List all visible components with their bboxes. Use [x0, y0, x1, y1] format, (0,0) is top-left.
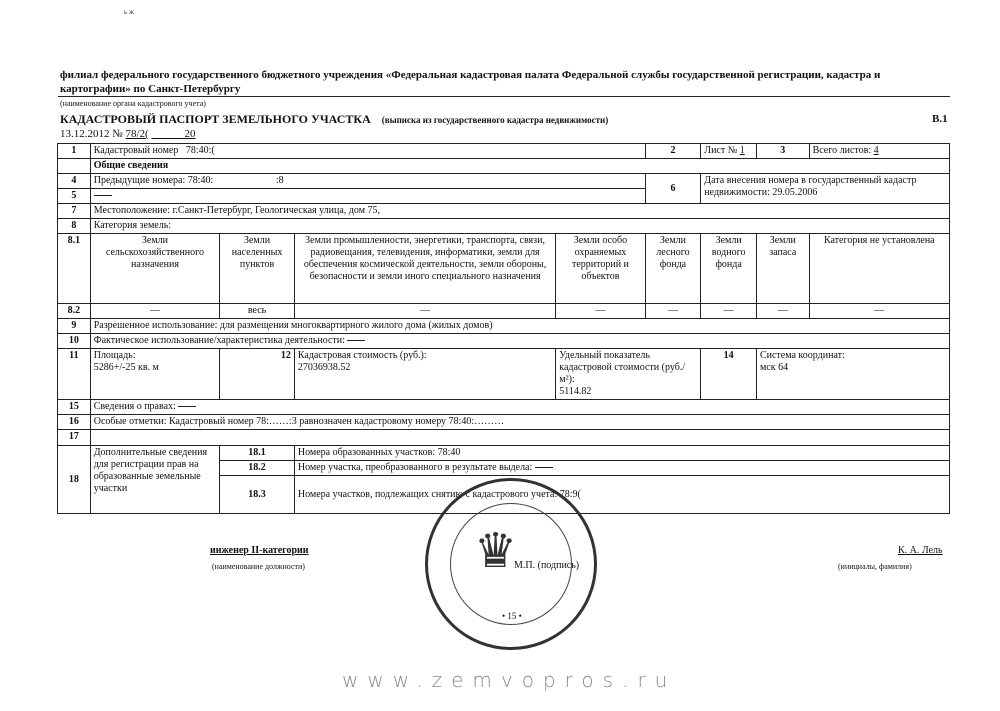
transformed-parcel-label: Номер участка, преобразованного в резуль… [298, 462, 532, 473]
row-num: 15 [58, 400, 91, 415]
specific-value-label: Удельный показатель кадастровой стоимост… [559, 350, 697, 386]
row-num: 1 [58, 144, 91, 159]
row-16: 16 Особые отметки: Кадастровый номер 78:… [58, 415, 950, 430]
rights-info: Сведения о правах: [90, 400, 949, 415]
row-8-1: 8.1 Земли сельскохозяйственного назначен… [58, 234, 950, 304]
category-value: — [701, 304, 757, 319]
row-num: 6 [645, 174, 701, 204]
sheet-cell: Лист № 1 [701, 144, 757, 159]
formed-parcels: Номера образованных участков: 78:40 [294, 446, 949, 461]
total-sheets-value: 4 [874, 145, 879, 156]
cadastral-number-cell: Кадастровый номер 78:40:( [90, 144, 645, 159]
category-header: Земли населенных пунктов [220, 234, 295, 304]
land-category-label: Категория земель: [90, 219, 949, 234]
category-value: — [294, 304, 555, 319]
category-value: — [756, 304, 809, 319]
scan-mark: ь ж [124, 8, 134, 16]
category-header: Земли промышленности, энергетики, трансп… [294, 234, 555, 304]
previous-numbers-label: Предыдущие номера: 78:40: [94, 175, 214, 186]
coordinate-system-value: мск 64 [760, 362, 946, 374]
coordinate-system: Система координат: мск 64 [756, 349, 949, 400]
sheet-value: 1 [740, 145, 745, 156]
row-4: 4 Предыдущие номера: 78:40: :8 6 Дата вн… [58, 174, 950, 189]
row-18-1: 18 Дополнительные сведения для регистрац… [58, 446, 950, 461]
row-1: 1 Кадастровый номер 78:40:( 2 Лист № 1 3… [58, 144, 950, 159]
row-num: 10 [58, 334, 91, 349]
document-date-number: 13.12.2012 № 78/2( ______20 [60, 128, 195, 140]
row-general: Общие сведения [58, 159, 950, 174]
category-value: — [809, 304, 949, 319]
previous-numbers-value: :8 [276, 175, 284, 186]
cadastral-table: 1 Кадастровый номер 78:40:( 2 Лист № 1 3… [57, 143, 950, 514]
row-17-value [90, 430, 949, 446]
area-label: Площадь: [94, 350, 217, 362]
row-11-14: 11 Площадь: 5286+/-25 кв. м 12 Кадастров… [58, 349, 950, 400]
specific-value: Удельный показатель кадастровой стоимост… [556, 349, 701, 400]
row-num: 5 [58, 189, 91, 204]
category-value: — [556, 304, 645, 319]
transformed-parcel: Номер участка, преобразованного в резуль… [294, 461, 949, 476]
permitted-use: Разрешенное использование: для размещени… [90, 319, 949, 334]
removed-parcels: Номера участков, подлежащих снятию с кад… [294, 476, 949, 514]
cadastral-number-label: Кадастровый номер [94, 145, 179, 156]
row-num: 11 [58, 349, 91, 400]
signer-name: К. А. Лель [898, 545, 943, 556]
row-num: 8.1 [58, 234, 91, 304]
document-date: 13.12.2012 № [60, 128, 123, 140]
additional-info-label: Дополнительные сведения для регистрации … [90, 446, 220, 514]
category-value: — [645, 304, 701, 319]
row-num: 17 [58, 430, 91, 446]
general-info-heading: Общие сведения [90, 159, 949, 174]
organization-name: филиал федерального государственного бюд… [60, 68, 940, 96]
category-header: Земли сельскохозяйственного назначения [90, 234, 220, 304]
special-notes: Особые отметки: Кадастровый номер 78:……:… [90, 415, 949, 430]
category-header: Земли особо охраняемых территорий и объе… [556, 234, 645, 304]
row-8: 8 Категория земель: [58, 219, 950, 234]
row-num: 4 [58, 174, 91, 189]
title-subtitle: (выписка из государственного кадастра не… [382, 115, 608, 125]
dash [535, 467, 553, 468]
organization-underline [58, 96, 950, 97]
stamp-caption: М.П. (подпись) [514, 560, 579, 571]
row-num: 3 [756, 144, 809, 159]
area: Площадь: 5286+/-25 кв. м [90, 349, 220, 400]
row-num: 8.2 [58, 304, 91, 319]
row-9: 9 Разрешенное использование: для размеще… [58, 319, 950, 334]
title-text: КАДАСТРОВЫЙ ПАСПОРТ ЗЕМЕЛЬНОГО УЧАСТКА [60, 112, 371, 126]
actual-use-label: Фактическое использование/характеристика… [94, 335, 345, 346]
row-5-value [90, 189, 645, 204]
category-header: Земли водного фонда [701, 234, 757, 304]
document-number-part2: ______20 [151, 128, 195, 140]
row-8-2: 8.2 — весь — — — — — — [58, 304, 950, 319]
row-17: 17 [58, 430, 950, 446]
row-num: 14 [701, 349, 757, 400]
row-num: 16 [58, 415, 91, 430]
row-15: 15 Сведения о правах: [58, 400, 950, 415]
form-code: В.1 [932, 113, 948, 125]
coordinate-system-label: Система координат: [760, 350, 946, 362]
signer-position: инженер II-категории [210, 545, 309, 556]
row-num: 18.2 [220, 461, 295, 476]
stamp-number: • 15 • [502, 611, 522, 621]
cadastral-value-amount: 27036938.52 [298, 362, 552, 374]
signer-name-caption: (инициалы, фамилия) [838, 562, 912, 571]
registration-date: Дата внесения номера в государственный к… [701, 174, 950, 204]
specific-value-amount: 5114.82 [559, 386, 697, 398]
row-num: 18 [58, 446, 91, 514]
category-header: Земли лесного фонда [645, 234, 701, 304]
watermark: www.zemvopros.ru [342, 668, 676, 692]
row-num: 9 [58, 319, 91, 334]
category-header: Земли запаса [756, 234, 809, 304]
previous-numbers: Предыдущие номера: 78:40: :8 [90, 174, 645, 189]
category-header: Категория не установлена [809, 234, 949, 304]
row-num: 2 [645, 144, 701, 159]
sheet-label: Лист № [704, 145, 737, 156]
rights-info-label: Сведения о правах: [94, 401, 176, 412]
dash [347, 340, 365, 341]
cadastral-number-value: 78:40:( [186, 145, 215, 156]
row-num: 18.3 [220, 476, 295, 514]
row-num: 18.1 [220, 446, 295, 461]
row-num: 12 [220, 349, 295, 400]
actual-use: Фактическое использование/характеристика… [90, 334, 949, 349]
document-number-part1: 78/2( [126, 128, 149, 140]
row-10: 10 Фактическое использование/характерист… [58, 334, 950, 349]
total-sheets-cell: Всего листов: 4 [809, 144, 949, 159]
area-value: 5286+/-25 кв. м [94, 362, 217, 374]
dash [94, 195, 112, 196]
cadastral-value: Кадастровая стоимость (руб.): 27036938.5… [294, 349, 555, 400]
document-title: КАДАСТРОВЫЙ ПАСПОРТ ЗЕМЕЛЬНОГО УЧАСТКА (… [60, 112, 608, 127]
cadastral-value-label: Кадастровая стоимость (руб.): [298, 350, 552, 362]
category-value: весь [220, 304, 295, 319]
row-num: 7 [58, 204, 91, 219]
row-num: 8 [58, 219, 91, 234]
organization-caption: (наименование органа кадастрового учета) [60, 99, 206, 108]
signer-position-caption: (наименование должности) [212, 562, 305, 571]
location: Местоположение: г.Санкт-Петербург, Геоло… [90, 204, 949, 219]
coat-of-arms-icon: ♛ [474, 523, 517, 579]
category-value: — [90, 304, 220, 319]
dash [178, 406, 196, 407]
row-7: 7 Местоположение: г.Санкт-Петербург, Гео… [58, 204, 950, 219]
total-sheets-label: Всего листов: [813, 145, 872, 156]
